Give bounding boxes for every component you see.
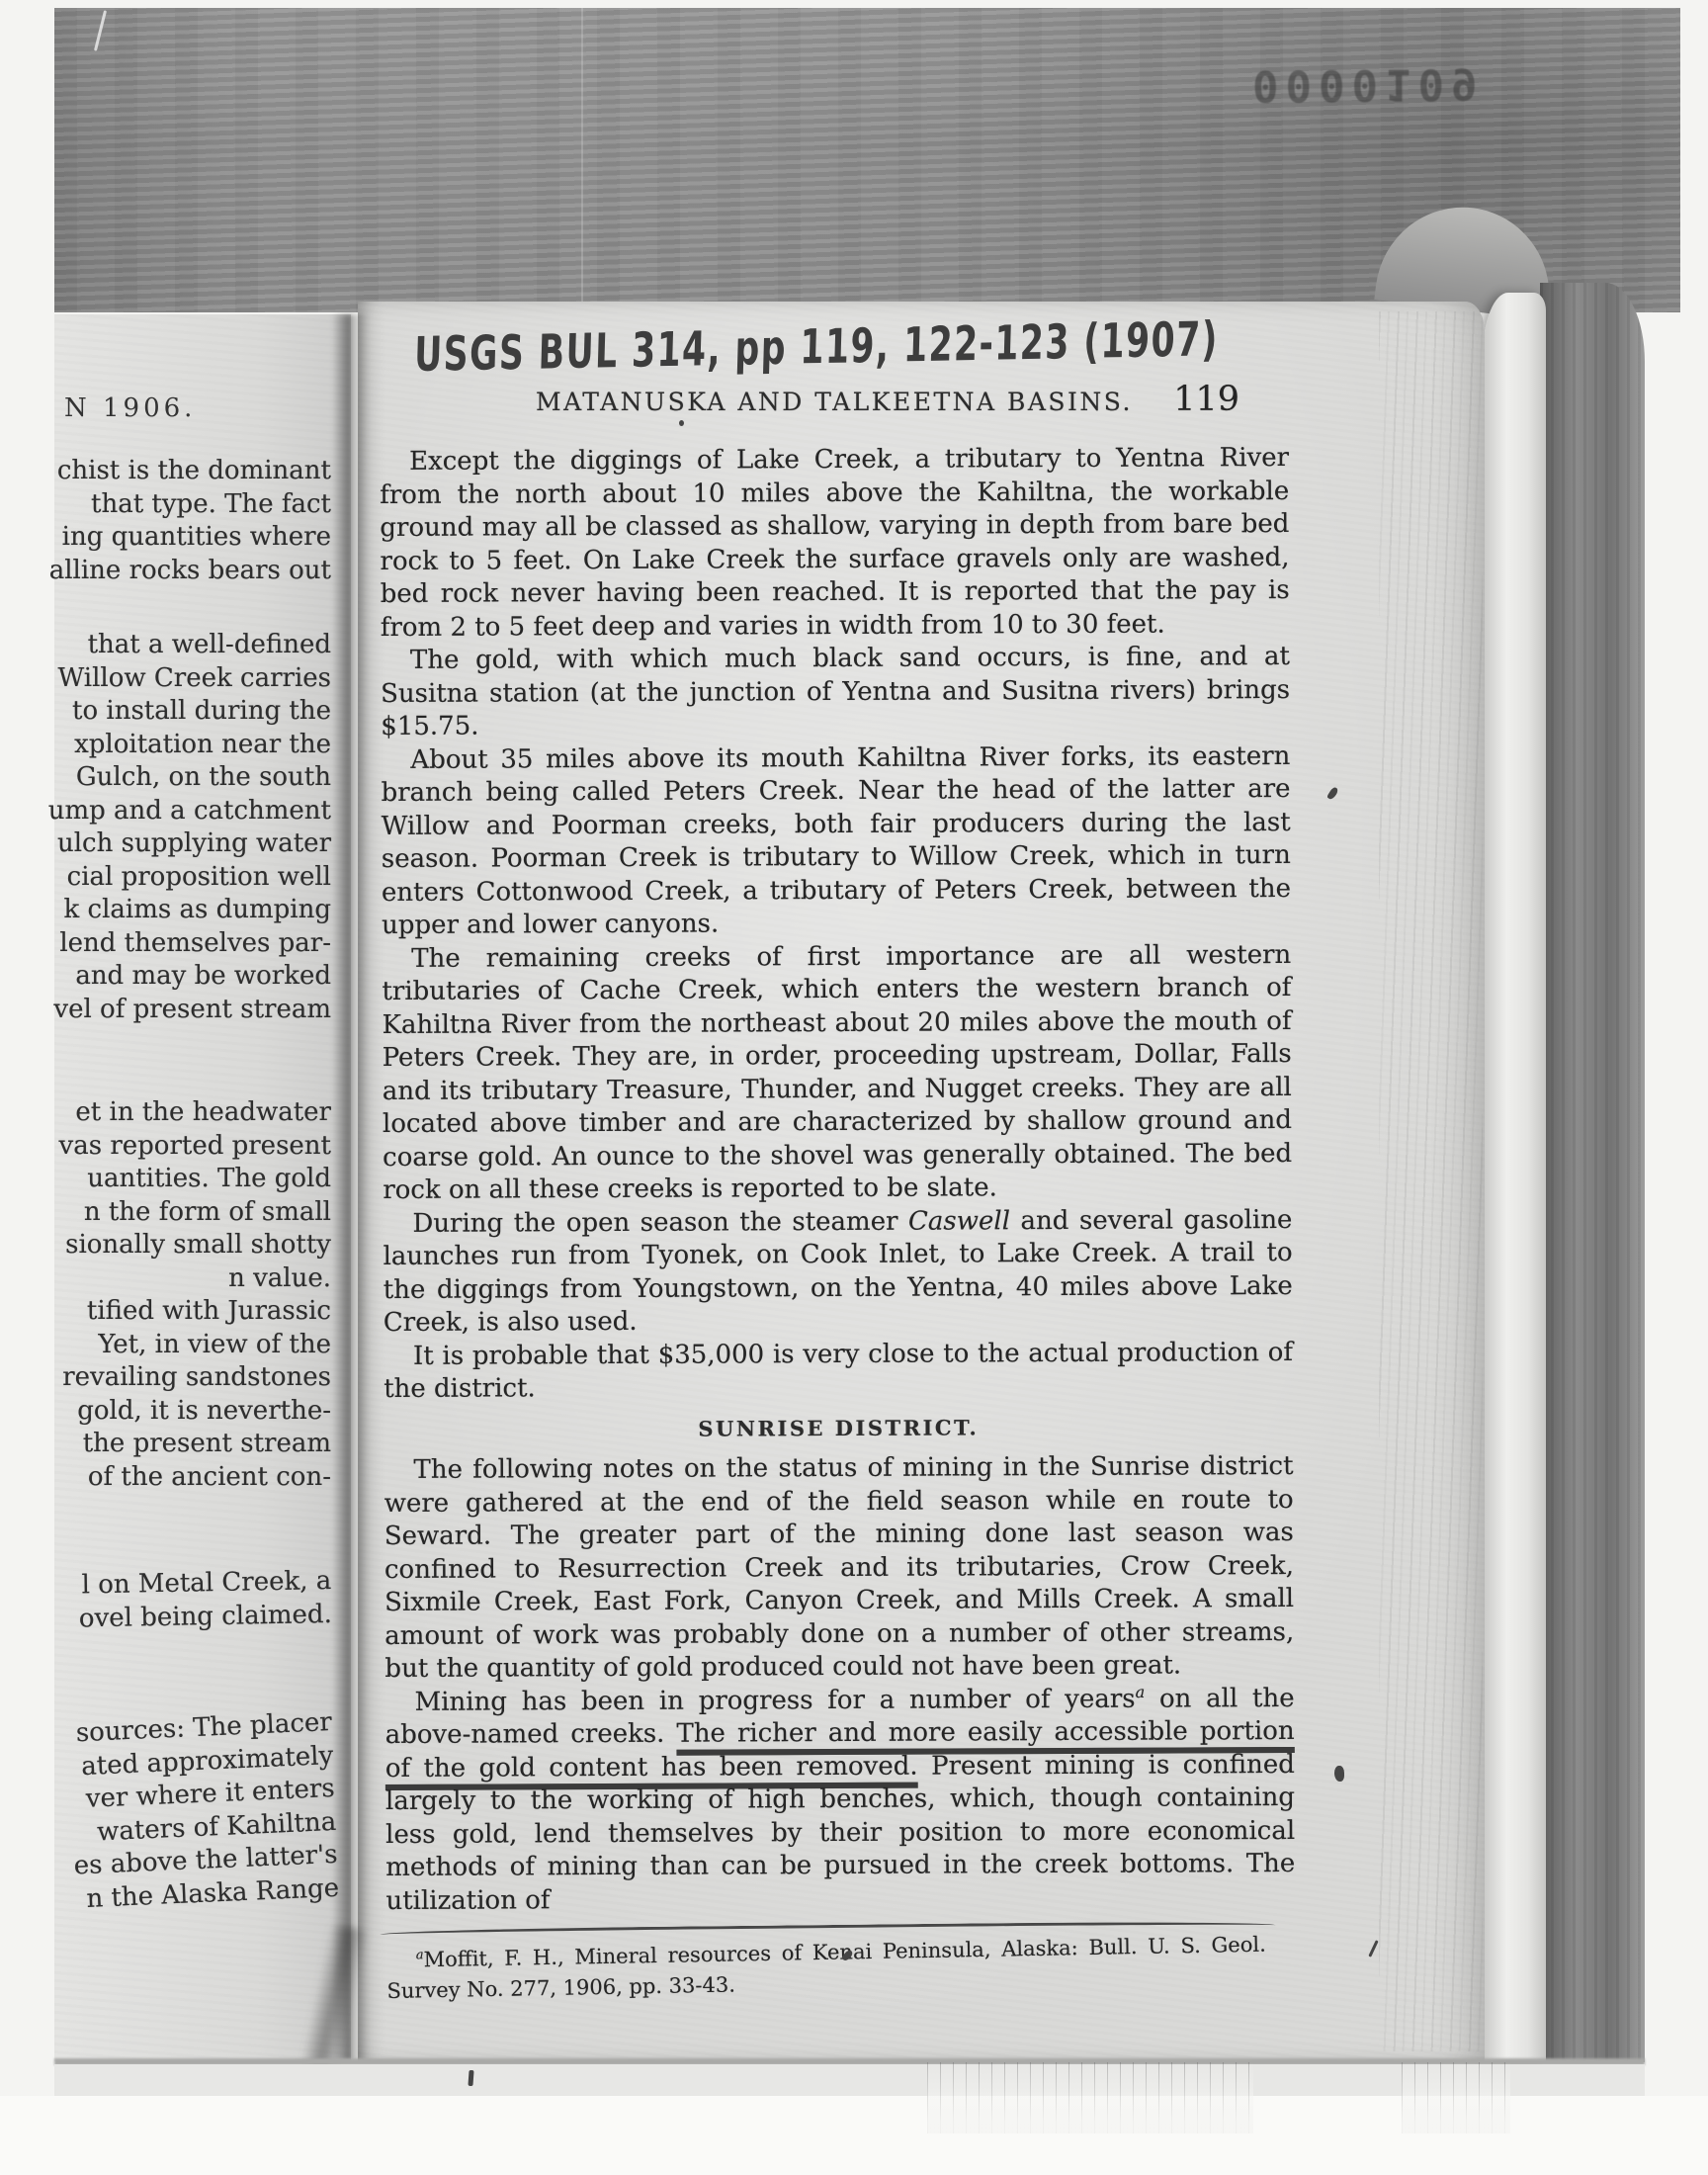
scan-seam-line bbox=[581, 8, 583, 312]
text-line: Willow Creek carries bbox=[48, 662, 331, 696]
handwritten-annotation: USGS BUL 314, pp 119, 122-123 (1907) bbox=[413, 311, 1219, 383]
left-page-partial: N 1906. chist is the dominantthat type. … bbox=[54, 314, 351, 2061]
text-line: lend themselves par- bbox=[48, 927, 331, 961]
section-heading: SUNRISE DISTRICT. bbox=[384, 1409, 1293, 1446]
page-number: 119 bbox=[1173, 380, 1239, 419]
page-edge-streaks bbox=[1379, 311, 1483, 2051]
text-line: gold, it is neverthe- bbox=[59, 1395, 331, 1429]
running-head-row: MATANUSKA AND TALKEETNA BASINS. 119 bbox=[380, 388, 1289, 416]
text-line: alline rocks bears out bbox=[49, 555, 331, 588]
paragraph: It is probable that $35,000 is very clos… bbox=[384, 1336, 1293, 1406]
left-running-head-fragment: N 1906. bbox=[64, 393, 196, 423]
left-text-fragment-group: sources: The placerated approximatelyver… bbox=[67, 1706, 340, 1916]
text-line: cial proposition well bbox=[48, 861, 331, 895]
text-line: Yet, in view of the bbox=[59, 1329, 331, 1362]
text-segment: During the open season the steamer bbox=[412, 1206, 908, 1238]
paragraph: The remaining creeks of first importance… bbox=[382, 938, 1292, 1207]
book-fore-edge-shadow bbox=[1540, 283, 1645, 2062]
text-line: vel of present stream bbox=[48, 994, 331, 1027]
text-segment: Caswell bbox=[908, 1206, 1010, 1236]
text-line: et in the headwater bbox=[59, 1096, 331, 1130]
paragraph: The following notes on the status of min… bbox=[384, 1450, 1294, 1687]
paragraph: Mining has been in progress for a number… bbox=[384, 1682, 1295, 1918]
text-line: l on Metal Creek, a bbox=[78, 1565, 331, 1603]
text-segment: It is probable that $35,000 is very clos… bbox=[384, 1337, 1293, 1404]
paragraph: Except the diggings of Lake Creek, a tri… bbox=[380, 442, 1290, 645]
footnote: aMoffit, F. H., Mineral resources of Ken… bbox=[386, 1930, 1267, 2007]
right-page: USGS BUL 314, pp 119, 122-123 (1907) MAT… bbox=[358, 302, 1485, 2061]
text-segment: Moffit, F. H., Mineral resources of Kena… bbox=[386, 1933, 1266, 2003]
scan-streaks bbox=[927, 2062, 1253, 2133]
body-text: Except the diggings of Lake Creek, a tri… bbox=[380, 442, 1296, 2007]
stamp-number: 0000109 bbox=[1252, 58, 1485, 111]
left-text-fragment-group: chist is the dominantthat type. The fact… bbox=[49, 455, 331, 587]
text-line: xploitation near the bbox=[48, 729, 331, 762]
text-segment: The remaining creeks of first importance… bbox=[382, 939, 1292, 1205]
scan-streaks bbox=[1402, 2062, 1510, 2133]
paragraph: About 35 miles above its mouth Kahiltna … bbox=[381, 739, 1291, 942]
text-line: ulch supplying water bbox=[48, 827, 331, 861]
text-line: tified with Jurassic bbox=[59, 1295, 331, 1329]
text-line: Gulch, on the south bbox=[48, 761, 331, 795]
text-line: n value. bbox=[59, 1262, 331, 1296]
text-line: and may be worked bbox=[48, 960, 331, 994]
text-segment: The following notes on the status of min… bbox=[384, 1451, 1295, 1684]
text-segment: The gold, with which much black sand occ… bbox=[381, 642, 1290, 741]
text-line: revailing sandstones bbox=[59, 1361, 331, 1395]
paragraph: The gold, with which much black sand occ… bbox=[381, 641, 1290, 744]
text-line: n the form of small bbox=[59, 1196, 331, 1230]
book-fore-edge-pages bbox=[1483, 293, 1546, 2062]
left-text-fragment-group: et in the headwatervas reported presentu… bbox=[59, 1096, 331, 1494]
text-line: ing quantities where bbox=[49, 521, 331, 555]
text-line: to install during the bbox=[48, 695, 331, 729]
text-line: vas reported present bbox=[59, 1130, 331, 1164]
text-line: of the ancient con- bbox=[59, 1461, 331, 1495]
text-line: chist is the dominant bbox=[49, 455, 331, 488]
text-line: k claims as dumping bbox=[48, 894, 331, 927]
left-text-fragment-group: l on Metal Creek, aovel being claimed. bbox=[78, 1565, 332, 1635]
running-head: MATANUSKA AND TALKEETNA BASINS. bbox=[380, 388, 1289, 416]
ink-speck bbox=[1334, 1766, 1344, 1782]
text-line: that type. The fact bbox=[49, 488, 331, 522]
left-text-fragment-group: that a well-definedWillow Creek carriest… bbox=[48, 629, 331, 1026]
ink-speck bbox=[679, 420, 684, 426]
text-line: the present stream bbox=[59, 1428, 331, 1461]
text-line: that a well-defined bbox=[48, 629, 331, 662]
book-gutter-shadow bbox=[332, 314, 368, 2061]
text-segment: Except the diggings of Lake Creek, a tri… bbox=[380, 443, 1290, 643]
text-line: uantities. The gold bbox=[59, 1163, 331, 1196]
scan-scratch-mark bbox=[94, 10, 107, 50]
paragraph: During the open season the steamer Caswe… bbox=[383, 1203, 1293, 1340]
document-scan: 0000109 N 1906. chist is the dominanttha… bbox=[0, 0, 1708, 2175]
text-line: sionally small shotty bbox=[59, 1229, 331, 1262]
text-segment: a bbox=[1136, 1682, 1146, 1700]
text-segment: About 35 miles above its mouth Kahiltna … bbox=[381, 740, 1291, 940]
text-line: ovel being claimed. bbox=[79, 1598, 332, 1635]
footnote-text: aMoffit, F. H., Mineral resources of Ken… bbox=[386, 1930, 1267, 2007]
text-line: ump and a catchment bbox=[48, 795, 331, 828]
text-segment: Mining has been in progress for a number… bbox=[414, 1684, 1135, 1716]
